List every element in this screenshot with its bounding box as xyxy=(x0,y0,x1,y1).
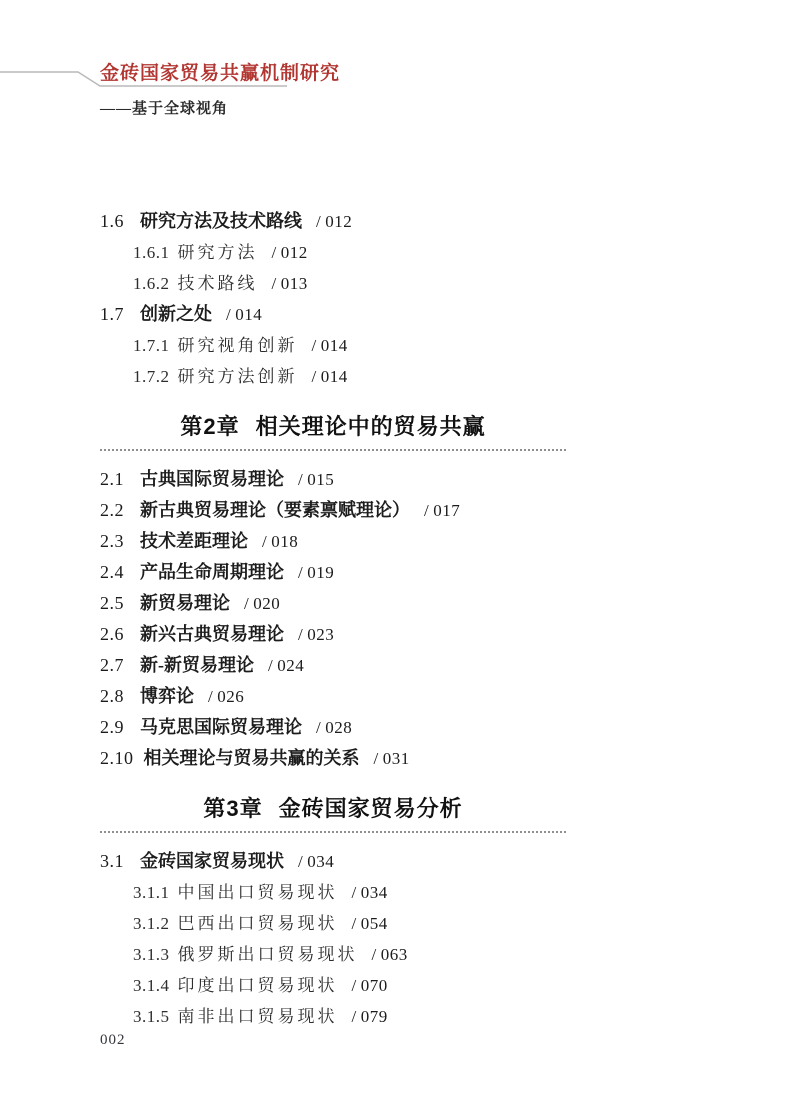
entry-page-number: 024 xyxy=(277,656,304,675)
toc-entry: 2.5新贸易理论/020 xyxy=(100,588,566,619)
toc-entry: 2.10相关理论与贸易共赢的关系/031 xyxy=(100,743,566,774)
entry-number: 2.7 xyxy=(100,650,130,681)
toc-entry: 1.6研究方法及技术路线/012 xyxy=(100,206,566,237)
toc-entry: 1.7.1研究视角创新/014 xyxy=(100,330,566,361)
chapter-number: 第3章 xyxy=(203,796,262,821)
entry-label: 印度出口贸易现状 xyxy=(178,976,338,995)
toc-entry: 2.2新古典贸易理论（要素禀赋理论）/017 xyxy=(100,495,566,526)
toc-entry: 1.7创新之处/014 xyxy=(100,299,566,330)
page-separator: / xyxy=(298,625,303,644)
entry-page-ref: /070 xyxy=(352,976,388,995)
table-of-contents: 1.6研究方法及技术路线/0121.6.1研究方法/0121.6.2技术路线/0… xyxy=(100,206,566,1032)
entry-number: 3.1.5 xyxy=(133,1001,170,1032)
entry-label: 创新之处 xyxy=(140,304,212,324)
entry-page-number: 028 xyxy=(325,718,352,737)
entry-label: 巴西出口贸易现状 xyxy=(178,914,338,933)
entry-page-number: 014 xyxy=(321,336,348,355)
entry-label: 金砖国家贸易现状 xyxy=(140,851,284,871)
entry-number: 2.1 xyxy=(100,464,130,495)
toc-entry: 1.6.2技术路线/013 xyxy=(100,268,566,299)
entry-number: 1.6.2 xyxy=(133,268,170,299)
entry-number: 2.8 xyxy=(100,681,130,712)
entry-label: 南非出口贸易现状 xyxy=(178,1007,338,1026)
page-separator: / xyxy=(424,501,429,520)
entry-page-number: 070 xyxy=(361,976,388,995)
entry-page-number: 023 xyxy=(307,625,334,644)
page-number: 002 xyxy=(100,1032,126,1049)
entry-page-ref: /023 xyxy=(298,625,334,644)
entry-page-ref: /014 xyxy=(312,367,348,386)
entry-label: 中国出口贸易现状 xyxy=(178,883,338,902)
toc-entry: 3.1.3俄罗斯出口贸易现状/063 xyxy=(100,939,566,970)
entry-page-number: 014 xyxy=(321,367,348,386)
chapter-dotted-rule xyxy=(100,449,566,451)
entry-page-ref: /063 xyxy=(372,945,408,964)
entry-page-ref: /014 xyxy=(312,336,348,355)
entry-page-ref: /014 xyxy=(226,305,262,324)
entry-label: 研究方法创新 xyxy=(178,367,298,386)
page-separator: / xyxy=(272,243,277,262)
entry-page-ref: /020 xyxy=(244,594,280,613)
entry-page-ref: /013 xyxy=(272,274,308,293)
toc-entry: 3.1.2巴西出口贸易现状/054 xyxy=(100,908,566,939)
entry-page-ref: /026 xyxy=(208,687,244,706)
entry-page-ref: /034 xyxy=(298,852,334,871)
entry-page-number: 031 xyxy=(383,749,410,768)
entry-label: 新兴古典贸易理论 xyxy=(140,624,284,644)
entry-number: 2.5 xyxy=(100,588,130,619)
entry-number: 1.7.1 xyxy=(133,330,170,361)
entry-page-number: 014 xyxy=(235,305,262,324)
corner-rule xyxy=(0,0,300,100)
page-separator: / xyxy=(298,470,303,489)
entry-page-ref: /017 xyxy=(424,501,460,520)
entry-number: 2.2 xyxy=(100,495,130,526)
entry-label: 新贸易理论 xyxy=(140,593,230,613)
entry-page-number: 034 xyxy=(307,852,334,871)
entry-label: 俄罗斯出口贸易现状 xyxy=(178,945,358,964)
page-separator: / xyxy=(262,532,267,551)
page-separator: / xyxy=(352,1007,357,1026)
page-separator: / xyxy=(268,656,273,675)
entry-page-ref: /015 xyxy=(298,470,334,489)
book-toc-page: 金砖国家贸易共赢机制研究 ——基于全球视角 1.6研究方法及技术路线/0121.… xyxy=(0,0,799,1118)
entry-page-ref: /018 xyxy=(262,532,298,551)
toc-entry: 3.1.5南非出口贸易现状/079 xyxy=(100,1001,566,1032)
entry-label: 技术差距理论 xyxy=(140,531,248,551)
page-separator: / xyxy=(374,749,379,768)
entry-number: 2.10 xyxy=(100,743,134,774)
entry-page-number: 017 xyxy=(433,501,460,520)
entry-number: 1.7.2 xyxy=(133,361,170,392)
entry-page-ref: /079 xyxy=(352,1007,388,1026)
entry-page-number: 020 xyxy=(253,594,280,613)
toc-entry: 3.1.1中国出口贸易现状/034 xyxy=(100,877,566,908)
entry-page-number: 054 xyxy=(361,914,388,933)
entry-page-number: 012 xyxy=(325,212,352,231)
entry-number: 3.1.4 xyxy=(133,970,170,1001)
page-separator: / xyxy=(312,336,317,355)
entry-page-ref: /028 xyxy=(316,718,352,737)
entry-number: 1.6.1 xyxy=(133,237,170,268)
entry-number: 2.9 xyxy=(100,712,130,743)
entry-number: 3.1.2 xyxy=(133,908,170,939)
chapter-dotted-rule xyxy=(100,831,566,833)
entry-page-number: 079 xyxy=(361,1007,388,1026)
page-separator: / xyxy=(226,305,231,324)
toc-entry: 2.1古典国际贸易理论/015 xyxy=(100,464,566,495)
entry-page-number: 018 xyxy=(271,532,298,551)
entry-label: 博弈论 xyxy=(140,686,194,706)
entry-label: 相关理论与贸易共赢的关系 xyxy=(144,748,360,768)
entry-number: 2.6 xyxy=(100,619,130,650)
page-separator: / xyxy=(316,718,321,737)
page-separator: / xyxy=(298,563,303,582)
chapter-title: 相关理论中的贸易共赢 xyxy=(256,414,486,439)
page-separator: / xyxy=(316,212,321,231)
entry-label: 研究方法及技术路线 xyxy=(140,211,302,231)
entry-page-number: 019 xyxy=(307,563,334,582)
entry-page-ref: /019 xyxy=(298,563,334,582)
chapter-heading: 第2章相关理论中的贸易共赢 xyxy=(100,412,566,442)
entry-label: 研究方法 xyxy=(178,243,258,262)
entry-page-number: 063 xyxy=(381,945,408,964)
running-head-title: 金砖国家贸易共赢机制研究 xyxy=(100,58,340,85)
entry-number: 1.7 xyxy=(100,299,130,330)
entry-number: 3.1 xyxy=(100,846,130,877)
page-separator: / xyxy=(372,945,377,964)
chapter-number: 第2章 xyxy=(180,414,239,439)
page-separator: / xyxy=(352,976,357,995)
entry-number: 2.4 xyxy=(100,557,130,588)
entry-page-ref: /034 xyxy=(352,883,388,902)
toc-entry: 1.6.1研究方法/012 xyxy=(100,237,566,268)
page-separator: / xyxy=(244,594,249,613)
entry-page-number: 015 xyxy=(307,470,334,489)
toc-entry: 2.6新兴古典贸易理论/023 xyxy=(100,619,566,650)
toc-entry: 2.9马克思国际贸易理论/028 xyxy=(100,712,566,743)
entry-label: 技术路线 xyxy=(178,274,258,293)
toc-entry: 2.4产品生命周期理论/019 xyxy=(100,557,566,588)
page-separator: / xyxy=(298,852,303,871)
page-separator: / xyxy=(352,883,357,902)
entry-label: 马克思国际贸易理论 xyxy=(140,717,302,737)
entry-page-number: 013 xyxy=(281,274,308,293)
toc-entry: 2.7新-新贸易理论/024 xyxy=(100,650,566,681)
entry-page-number: 034 xyxy=(361,883,388,902)
page-separator: / xyxy=(272,274,277,293)
entry-page-number: 012 xyxy=(281,243,308,262)
entry-page-ref: /012 xyxy=(272,243,308,262)
toc-entry: 2.3技术差距理论/018 xyxy=(100,526,566,557)
entry-label: 古典国际贸易理论 xyxy=(140,469,284,489)
entry-page-number: 026 xyxy=(217,687,244,706)
page-separator: / xyxy=(208,687,213,706)
entry-label: 产品生命周期理论 xyxy=(140,562,284,582)
entry-number: 3.1.3 xyxy=(133,939,170,970)
toc-entry: 2.8博弈论/026 xyxy=(100,681,566,712)
toc-entry: 1.7.2研究方法创新/014 xyxy=(100,361,566,392)
entry-label: 新古典贸易理论（要素禀赋理论） xyxy=(140,500,410,520)
page-separator: / xyxy=(352,914,357,933)
entry-label: 新-新贸易理论 xyxy=(140,655,254,675)
entry-number: 2.3 xyxy=(100,526,130,557)
entry-page-ref: /054 xyxy=(352,914,388,933)
page-separator: / xyxy=(312,367,317,386)
entry-number: 3.1.1 xyxy=(133,877,170,908)
chapter-title: 金砖国家贸易分析 xyxy=(279,796,463,821)
entry-page-ref: /024 xyxy=(268,656,304,675)
chapter-heading: 第3章金砖国家贸易分析 xyxy=(100,794,566,824)
entry-label: 研究视角创新 xyxy=(178,336,298,355)
toc-entry: 3.1金砖国家贸易现状/034 xyxy=(100,846,566,877)
entry-page-ref: /012 xyxy=(316,212,352,231)
entry-number: 1.6 xyxy=(100,206,130,237)
toc-entry: 3.1.4印度出口贸易现状/070 xyxy=(100,970,566,1001)
entry-page-ref: /031 xyxy=(374,749,410,768)
running-head-subtitle: ——基于全球视角 xyxy=(100,97,228,118)
